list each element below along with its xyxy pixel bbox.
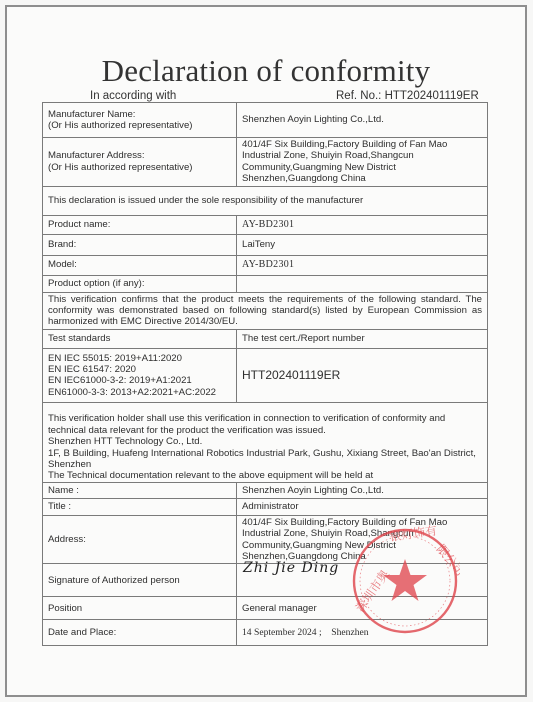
model-value: AY-BD2301 [237, 255, 488, 275]
table-row: This verification confirms that the prod… [43, 292, 488, 329]
reference-number: Ref. No.: HTT202401119ER [336, 90, 479, 102]
standard-item: EN IEC61000-3-2: 2019+A1:2021 [48, 375, 231, 386]
position-value: General manager [237, 597, 488, 620]
holder-name-label: Name : [43, 482, 237, 498]
holder-statement: This verification holder shall use this … [43, 402, 488, 482]
manufacturer-name-label: Manufacturer Name: (Or His authorized re… [43, 103, 237, 138]
table-row: Position General manager [43, 597, 488, 620]
holder-name-value: Shenzhen Aoyin Lighting Co.,Ltd. [237, 482, 488, 498]
table-row: Product option (if any): [43, 275, 488, 292]
table-row: Product name: AY-BD2301 [43, 215, 488, 234]
standard-item: EN IEC 61547: 2020 [48, 364, 231, 375]
table-row: Manufacturer Name: (Or His authorized re… [43, 103, 488, 138]
declaration-statement: This declaration is issued under the sol… [43, 186, 488, 215]
brand-label: Brand: [43, 234, 237, 255]
table-row: This verification holder shall use this … [43, 402, 488, 482]
table-row: Address: 401/4F Six Building,Factory Bui… [43, 515, 488, 564]
table-row: EN IEC 55015: 2019+A11:2020 EN IEC 61547… [43, 348, 488, 402]
product-option-value [237, 275, 488, 292]
model-label: Model: [43, 255, 237, 275]
report-number-header: The test cert./Report number [237, 329, 488, 348]
table-row: This declaration is issued under the sol… [43, 186, 488, 215]
test-standards-list: EN IEC 55015: 2019+A11:2020 EN IEC 61547… [43, 348, 237, 402]
holder-title-value: Administrator [237, 498, 488, 515]
test-standards-header: Test standards [43, 329, 237, 348]
product-name-label: Product name: [43, 215, 237, 234]
position-label: Position [43, 597, 237, 620]
table-row: Model: AY-BD2301 [43, 255, 488, 275]
product-option-label: Product option (if any): [43, 275, 237, 292]
date-place-label: Date and Place: [43, 620, 237, 646]
table-row: Date and Place: 14 September 2024 ; Shen… [43, 620, 488, 646]
table-row: Brand: LaiTeny [43, 234, 488, 255]
table-row: Manufacturer Address: (Or His authorized… [43, 138, 488, 187]
table-row: Test standards The test cert./Report num… [43, 329, 488, 348]
table-row: Title : Administrator [43, 498, 488, 515]
document-title: Declaration of conformity [7, 53, 525, 89]
manufacturer-address-label: Manufacturer Address: (Or His authorized… [43, 138, 237, 187]
handwritten-signature: Zhi Jie Ding [243, 560, 339, 576]
report-number-value: HTT202401119ER [237, 348, 488, 402]
subtitle-in-according-with: In according with [90, 90, 176, 102]
product-name-value: AY-BD2301 [237, 215, 488, 234]
holder-address-value: 401/4F Six Building,Factory Building of … [237, 515, 488, 564]
signature-label: Signature of Authorized person [43, 564, 237, 597]
manufacturer-name-value: Shenzhen Aoyin Lighting Co.,Ltd. [237, 103, 488, 138]
verification-statement: This verification confirms that the prod… [43, 292, 488, 329]
holder-address-label: Address: [43, 515, 237, 564]
standard-item: EN61000-3-3: 2013+A2:2021+AC:2022 [48, 387, 231, 398]
table-row: Name : Shenzhen Aoyin Lighting Co.,Ltd. [43, 482, 488, 498]
manufacturer-address-value: 401/4F Six Building,Factory Building of … [237, 138, 488, 187]
date-place-value: 14 September 2024 ; Shenzhen [237, 620, 488, 646]
standard-item: EN IEC 55015: 2019+A11:2020 [48, 353, 231, 364]
brand-value: LaiTeny [237, 234, 488, 255]
holder-title-label: Title : [43, 498, 237, 515]
